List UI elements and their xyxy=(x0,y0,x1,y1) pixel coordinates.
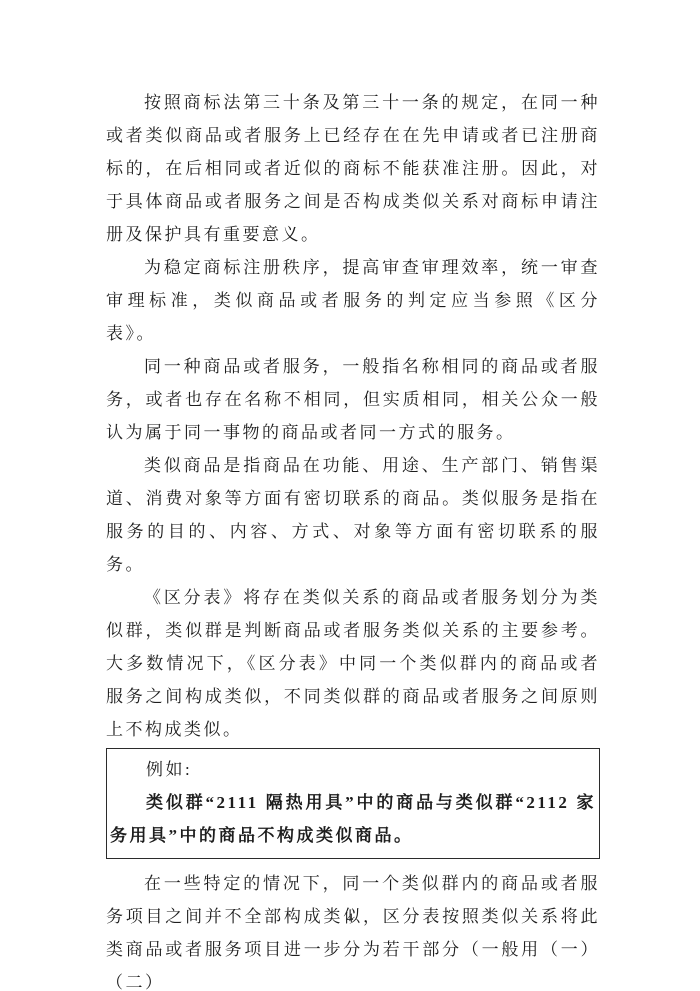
paragraph-classification-table: 《区分表》将存在类似关系的商品或者服务划分为类似群，类似群是判断商品或者服务类似… xyxy=(106,581,600,746)
paragraph-trademark-law: 按照商标法第三十条及第三十一条的规定，在同一种或者类似商品或者服务上已经存在在先… xyxy=(106,86,600,251)
document-body: 按照商标法第三十条及第三十一条的规定，在同一种或者类似商品或者服务上已经存在在先… xyxy=(106,86,600,991)
page-number: 4 xyxy=(0,910,700,926)
document-page: 按照商标法第三十条及第三十一条的规定，在同一种或者类似商品或者服务上已经存在在先… xyxy=(0,0,700,991)
paragraph-same-goods-definition: 同一种商品或者服务，一般指名称相同的商品或者服务，或者也存在名称不相同，但实质相… xyxy=(106,350,600,449)
paragraph-special-cases: 在一些特定的情况下，同一个类似群内的商品或者服务项目之间并不全部构成类似，区分表… xyxy=(106,867,600,991)
example-text: 类似群“2111 隔热用具”中的商品与类似群“2112 家务用具”中的商品不构成… xyxy=(110,786,596,852)
paragraph-similar-goods-definition: 类似商品是指商品在功能、用途、生产部门、销售渠道、消费对象等方面有密切联系的商品… xyxy=(106,449,600,581)
example-label: 例如: xyxy=(110,753,596,786)
example-box: 例如: 类似群“2111 隔热用具”中的商品与类似群“2112 家务用具”中的商… xyxy=(106,748,600,859)
paragraph-registration-order: 为稳定商标注册秩序，提高审查审理效率，统一审查审理标准，类似商品或者服务的判定应… xyxy=(106,251,600,350)
